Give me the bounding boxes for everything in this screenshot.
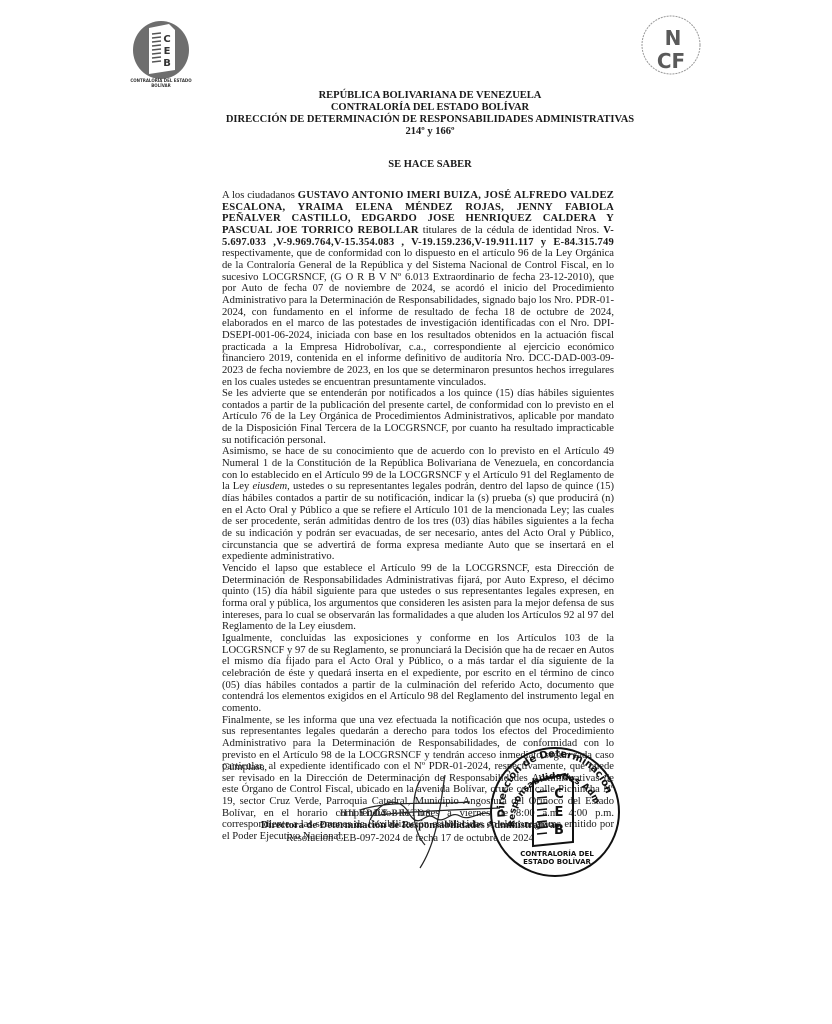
- svg-text:B: B: [163, 58, 171, 69]
- svg-text:C: C: [163, 34, 170, 45]
- svg-text:ESTADO BOLÍVAR: ESTADO BOLÍVAR: [523, 857, 591, 866]
- header-republic: REPÚBLICA BOLIVARIANA DE VENEZUELA: [180, 90, 680, 102]
- svg-text:E: E: [164, 46, 171, 57]
- logo-caption: CONTRALORÍA DEL ESTADO BOLÍVAR: [120, 78, 202, 88]
- contraloria-logo-icon: C E B: [131, 20, 191, 80]
- svg-text:CF: CF: [657, 49, 685, 73]
- signatory-name: HILYDDY BRITOS: [340, 808, 431, 818]
- paragraph-decision: Igualmente, concluidas las exposiciones …: [222, 633, 614, 715]
- header-years: 214º y 166º: [180, 126, 680, 138]
- paragraph-evidence: Asimismo, se hace de su conocimiento que…: [222, 446, 614, 563]
- paragraph-notification: A los ciudadanos GUSTAVO ANTONIO IMERI B…: [222, 190, 614, 388]
- paragraph-warning: Se les advierte que se entenderán por no…: [222, 388, 614, 446]
- svg-text:CONTRALORÍA DEL: CONTRALORÍA DEL: [520, 849, 594, 858]
- official-stamp-icon: Dirección de Determinación Responsabilid…: [485, 742, 625, 882]
- header-direccion: DIRECCIÓN DE DETERMINACIÓN DE RESPONSABI…: [180, 114, 680, 126]
- paragraph-hearing: Vencido el lapso que establece el Artícu…: [222, 563, 614, 633]
- ncf-logo-icon: N CF: [632, 14, 710, 76]
- document-header: REPÚBLICA BOLIVARIANA DE VENEZUELA CONTR…: [180, 90, 680, 138]
- header-contraloria: CONTRALORÍA DEL ESTADO BOLÍVAR: [180, 102, 680, 114]
- closing-text: Cúmplase,: [222, 762, 267, 773]
- svg-text:E: E: [555, 805, 564, 820]
- svg-text:C: C: [554, 787, 564, 802]
- svg-text:B: B: [554, 823, 564, 838]
- svg-text:N: N: [665, 26, 682, 50]
- document-title: SE HACE SABER: [180, 159, 680, 170]
